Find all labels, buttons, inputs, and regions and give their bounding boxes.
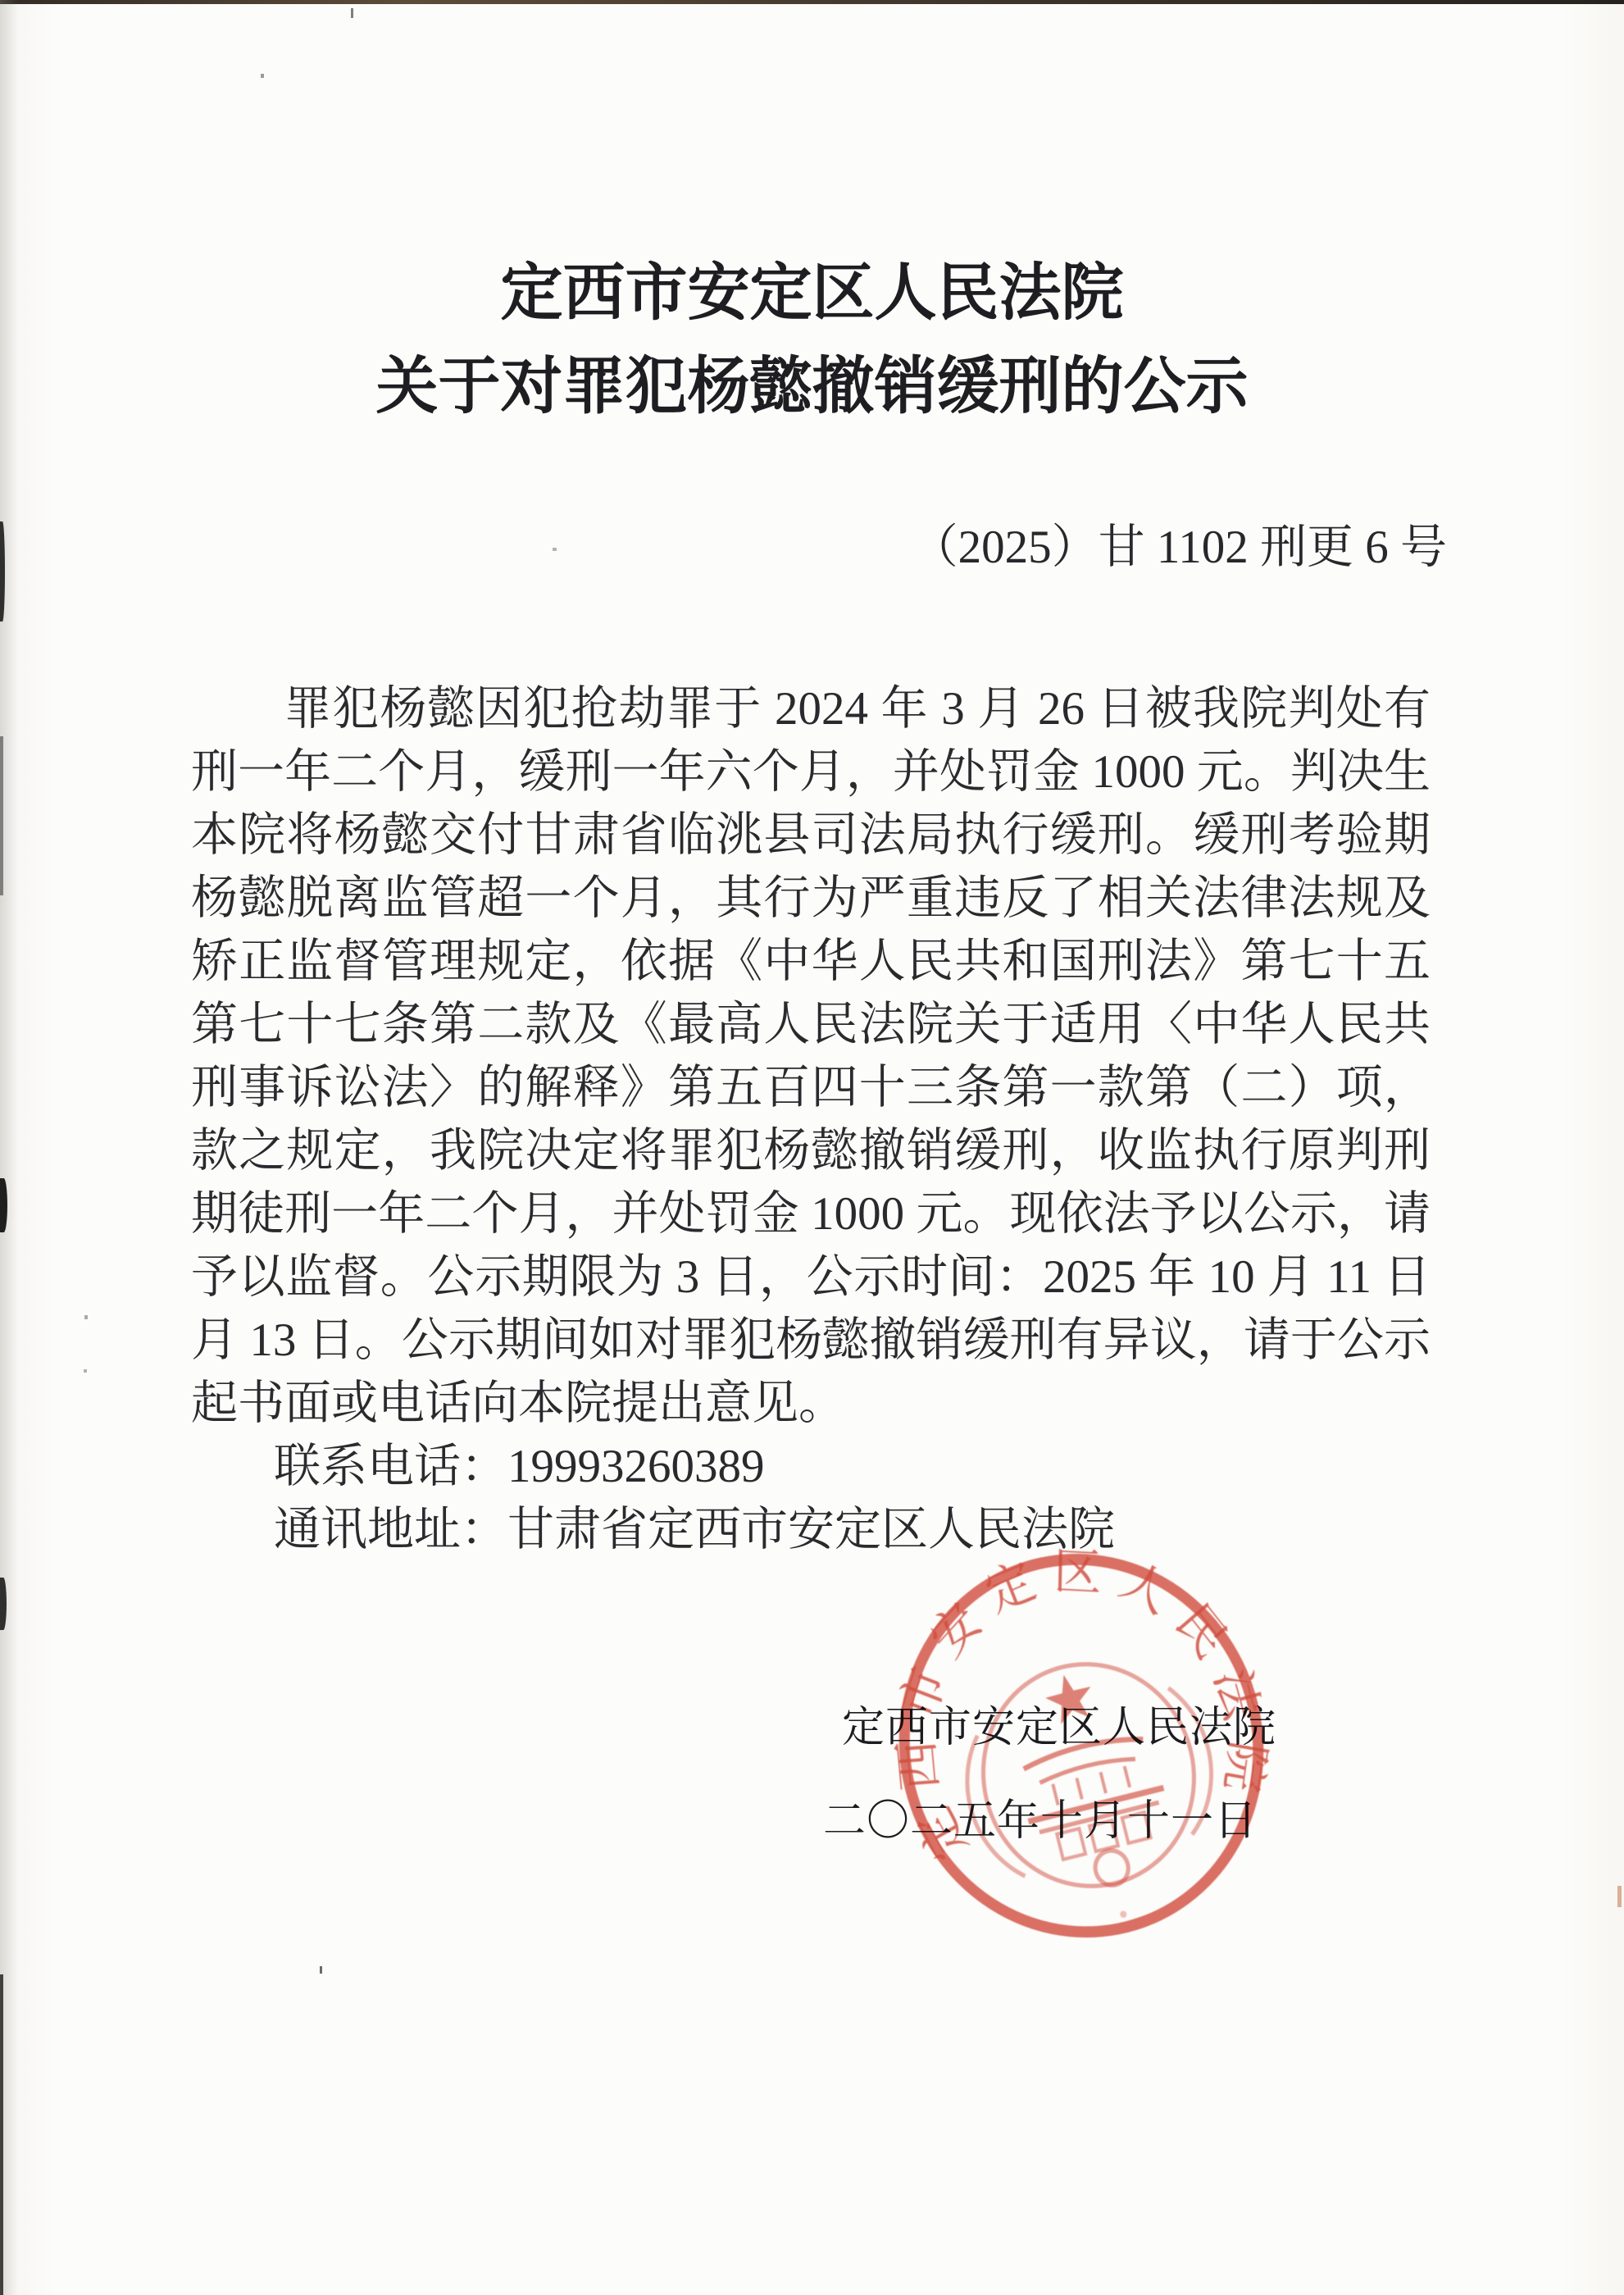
- scan-artifact: [1617, 1886, 1622, 1907]
- contact-phone-line: 联系电话：19993260389: [191, 1435, 1431, 1498]
- scan-artifact: [351, 8, 353, 18]
- notice-body: 罪犯杨懿因犯抢劫罪于 2024 年 3 月 26 日被我院判处有期徒 刑一年二个…: [191, 677, 1431, 1561]
- body-line: 刑一年二个月，缓刑一年六个月，并处罚金 1000 元。判决生效后，: [191, 740, 1431, 804]
- body-line: 第七十七条第二款及《最高人民法院关于适用〈中华人民共和国: [191, 993, 1431, 1056]
- scan-artifact: [0, 1578, 7, 1630]
- scanned-court-notice-page: 定西市安定区人民法院 关于对罪犯杨懿撤销缓刑的公示 （2025）甘 1102 刑…: [0, 0, 1624, 2295]
- body-line: 月 13 日。公示期间如对罪犯杨懿撤销缓刑有异议，请于公示次日: [191, 1309, 1431, 1372]
- scan-artifact-top-edge: [0, 0, 1624, 4]
- body-line: 起书面或电话向本院提出意见。: [191, 1372, 1431, 1435]
- scan-artifact: [84, 1315, 88, 1319]
- page-title: 定西市安定区人民法院 关于对罪犯杨懿撤销缓刑的公示: [0, 247, 1624, 434]
- scan-artifact: [84, 1369, 87, 1373]
- body-line: 期徒刑一年二个月，并处罚金 1000 元。现依法予以公示，请社会: [191, 1182, 1431, 1245]
- notice-subject-title-line: 关于对罪犯杨懿撤销缓刑的公示: [0, 340, 1624, 434]
- national-emblem: [943, 1637, 1243, 1947]
- body-line: 本院将杨懿交付甘肃省临洮县司法局执行缓刑。缓刑考验期内，: [191, 804, 1431, 867]
- body-line: 杨懿脱离监管超一个月，其行为严重违反了相关法律法规及社区: [191, 867, 1431, 930]
- body-line: 款之规定，我院决定将罪犯杨懿撤销缓刑，收监执行原判刑罚有: [191, 1119, 1431, 1182]
- contact-address-line: 通讯地址：甘肃省定西市安定区人民法院: [191, 1498, 1431, 1561]
- emblem-ring: [960, 1642, 1217, 1908]
- scan-artifact: [0, 521, 5, 622]
- scan-artifact: [0, 1178, 7, 1232]
- scan-artifact: [553, 548, 557, 551]
- scan-artifact: [261, 74, 264, 78]
- scan-artifact: [0, 736, 3, 895]
- body-line: 予以监督。公示期限为 3 日，公示时间：2025 年 10 月 11 日至 10: [191, 1245, 1431, 1309]
- signature-court-name: 定西市安定区人民法院: [842, 1707, 1276, 1750]
- body-line: 刑事诉讼法〉的解释》第五百四十三条第一款第（二）项，第二: [191, 1056, 1431, 1119]
- court-name-title-line: 定西市安定区人民法院: [0, 247, 1624, 340]
- scan-artifact: [0, 1974, 3, 2295]
- seal-bottom-mark: [1119, 1910, 1127, 1919]
- emblem-gate-roof-2: [1039, 1754, 1135, 1783]
- body-line: 罪犯杨懿因犯抢劫罪于 2024 年 3 月 26 日被我院判处有期徒: [191, 677, 1431, 740]
- signature-date: 二〇二五年十月十一日: [823, 1801, 1258, 1843]
- emblem-cog: [1092, 1847, 1132, 1889]
- case-number: （2025）甘 1102 刑更 6 号: [912, 515, 1447, 581]
- scan-artifact: [320, 1966, 322, 1974]
- body-line: 矫正监督管理规定，依据《中华人民共和国刑法》第七十五条、: [191, 930, 1431, 993]
